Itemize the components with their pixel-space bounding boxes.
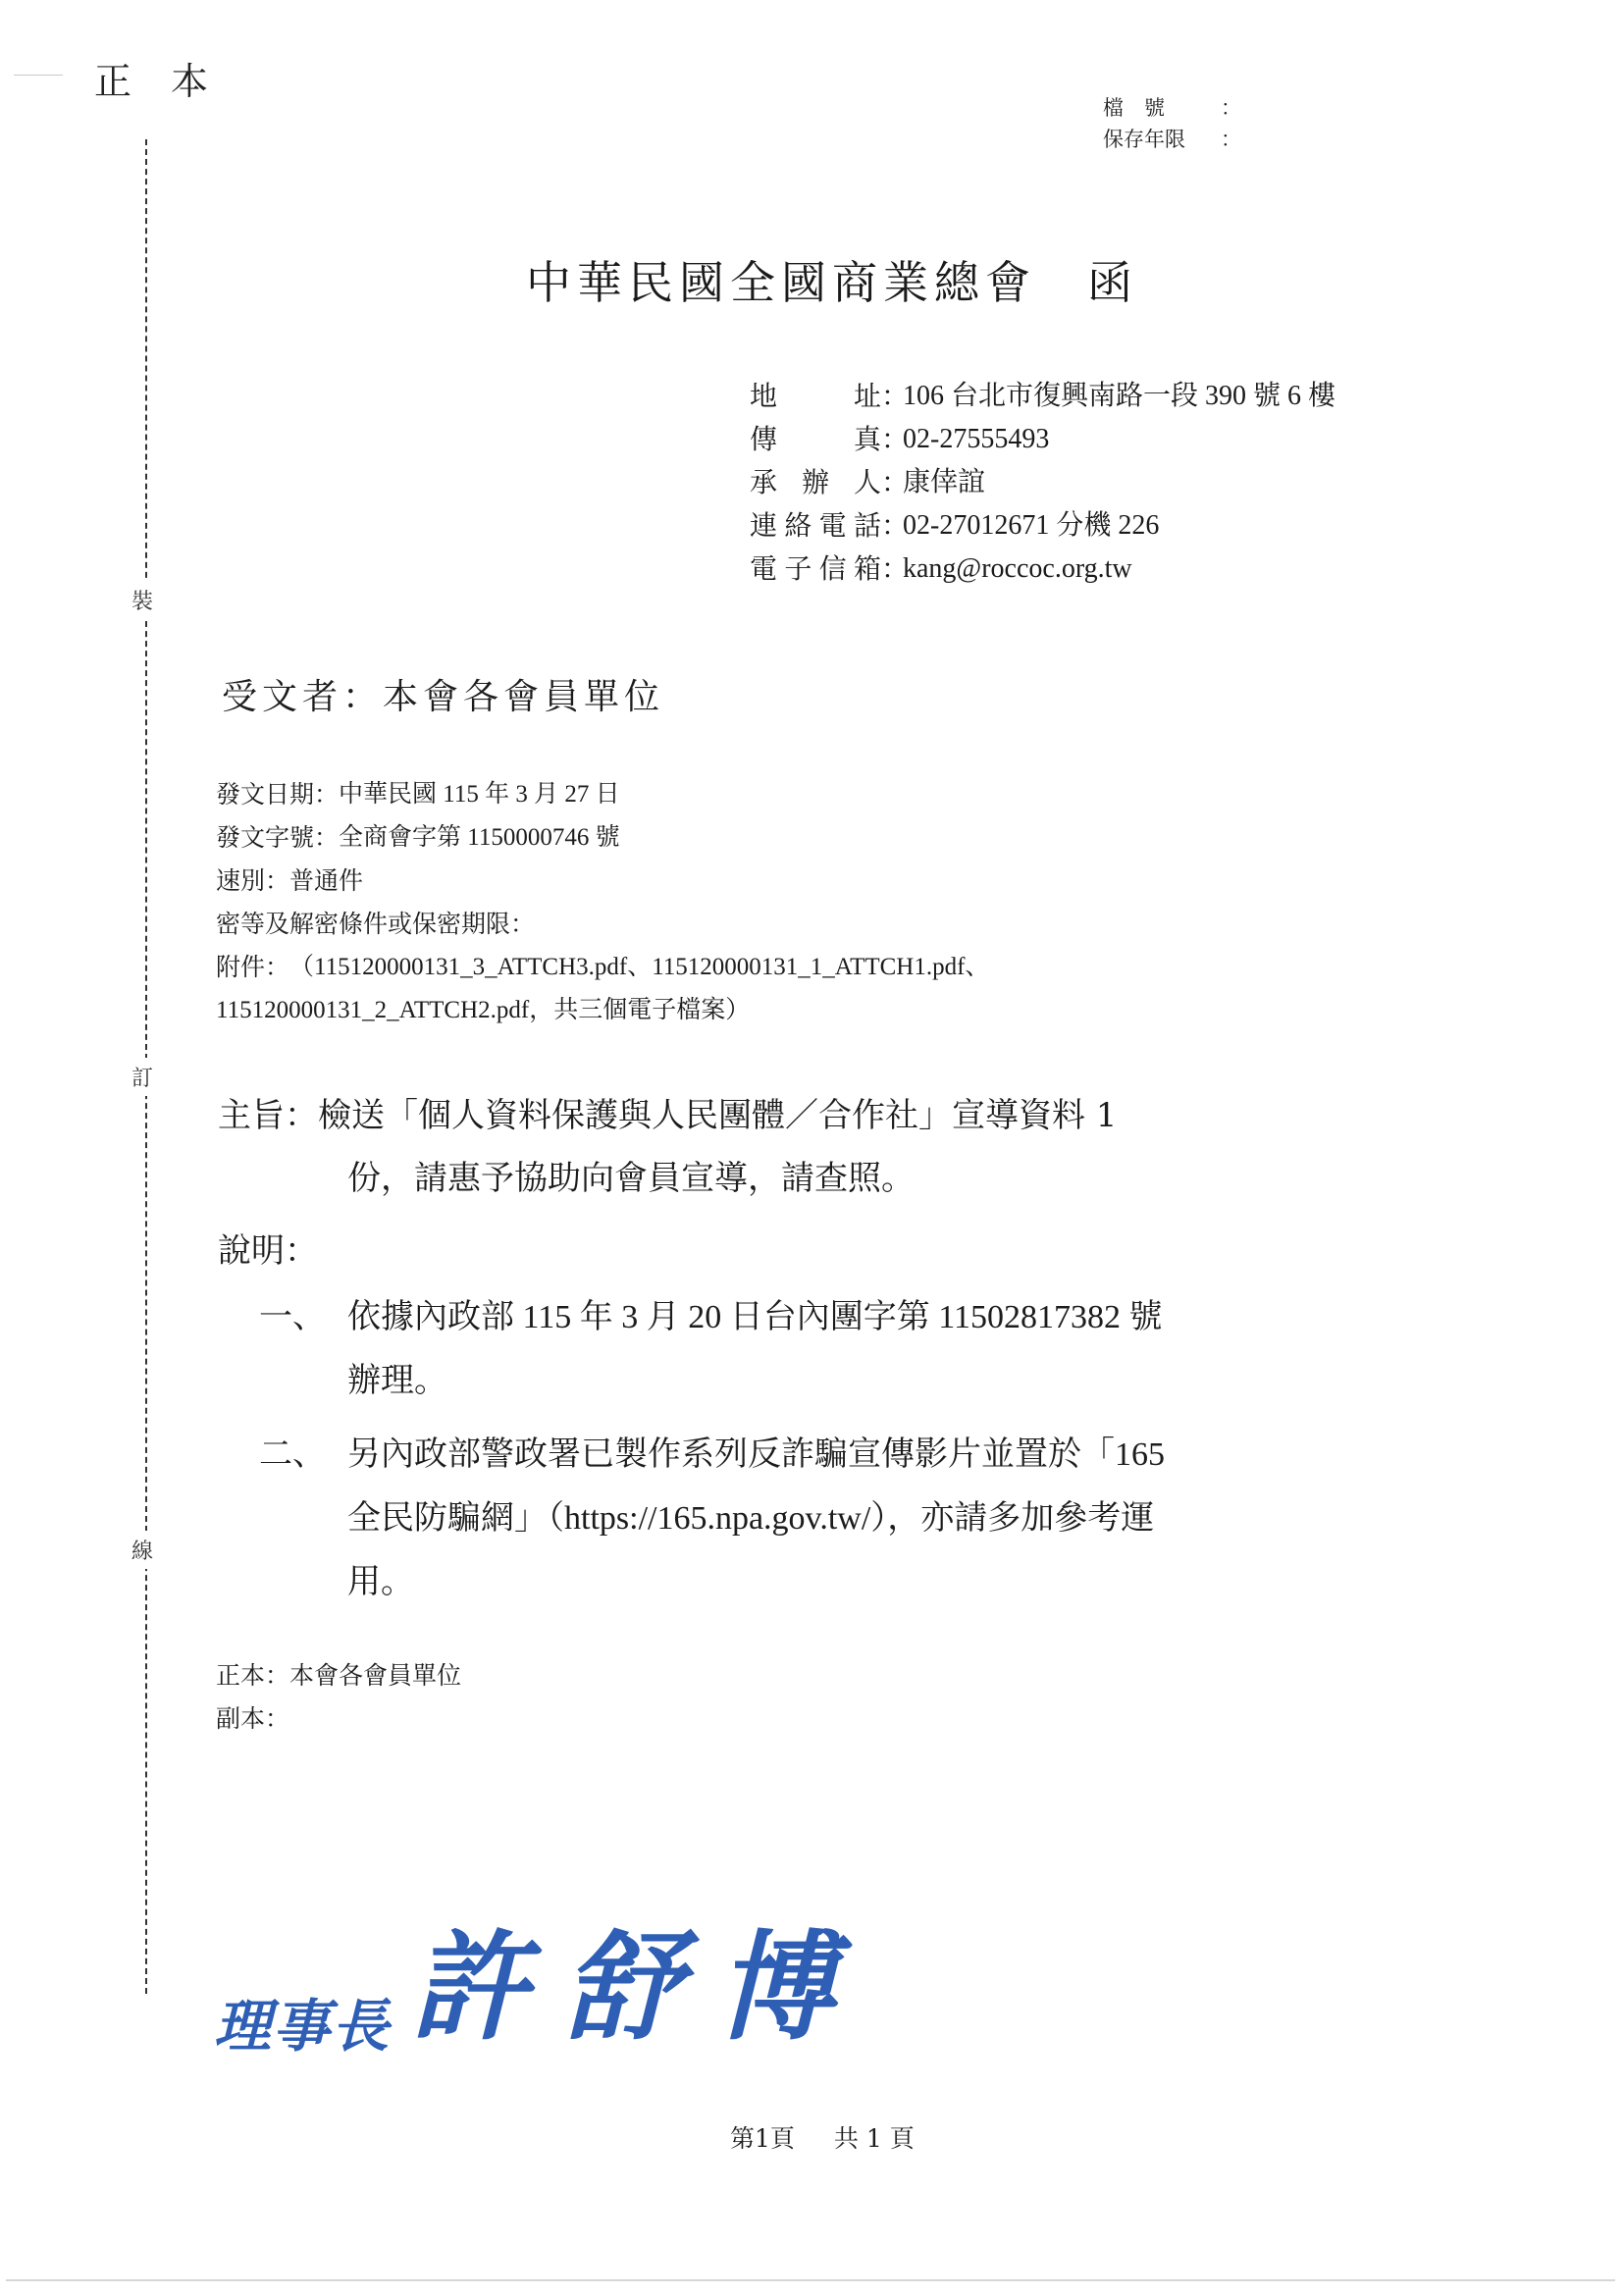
subject-section: 主旨：檢送「個人資料保護與人民團體／合作社」宣導資料 1 份，請惠予協助向會員宣… [218, 1084, 1117, 1210]
subject-line2: 份，請惠予協助向會員宣導，請查照。 [347, 1159, 915, 1198]
copy-type-stamp: 正本 [94, 51, 247, 105]
secrecy-row: 密等及解密條件或保密期限： [216, 903, 989, 946]
document-meta: 發文日期：中華民國 115 年 3 月 27 日 發文字號：全商會字第 1150… [216, 773, 989, 1032]
retention-label: 保存年限 [1103, 124, 1221, 155]
attachment-row-cont: 115120000131_2_ATTCH2.pdf，共三個電子檔案） [216, 989, 989, 1032]
original-recipients: 正本：本會各會員單位 [216, 1654, 461, 1697]
retention-row: 保存年限： [1103, 124, 1241, 155]
recipient-label: 受文者 [222, 677, 342, 717]
scan-edge-line [6, 2279, 1615, 2281]
contact-email: 電子信箱：kang@roccoc.org.tw [750, 548, 1335, 591]
file-number-label: 檔 號 [1103, 92, 1221, 124]
issue-date-row: 發文日期：中華民國 115 年 3 月 27 日 [216, 773, 989, 816]
contact-handler: 承辦人：康倖誼 [750, 461, 1335, 504]
speed-row: 速別：普通件 [216, 860, 989, 903]
attachment-list-line1[interactable]: （115120000131_3_ATTCH3.pdf、115120000131_… [289, 946, 989, 989]
issue-date-value: 中華民國 115 年 3 月 27 日 [339, 773, 620, 816]
page-indicator: 第1頁共 1 頁 [730, 2119, 954, 2155]
signature-title: 理事長 [214, 1993, 391, 2060]
phone-value: 02-27012671 分機 226 [903, 504, 1159, 548]
copy-recipients: 副本： [216, 1697, 461, 1741]
handler-value: 康倖誼 [903, 461, 985, 504]
email-value: kang@roccoc.org.tw [903, 548, 1132, 591]
reference-number-row: 發文字號：全商會字第 1150000746 號 [216, 816, 989, 860]
chairman-signature-stamp: 理事長許舒博 [214, 1894, 869, 2062]
reference-number-value: 全商會字第 1150000746 號 [339, 816, 620, 860]
contact-block: 地址：106 台北市復興南路一段 390 號 6 樓 傳真：02-2755549… [750, 375, 1335, 591]
recipient-value: 本會各會員單位 [383, 677, 664, 717]
binding-mark-staple: 訂 [131, 1058, 153, 1096]
subject-line1: 檢送「個人資料保護與人民團體／合作社」宣導資料 1 [318, 1096, 1117, 1135]
page-current: 第1頁 [730, 2124, 795, 2153]
anti-fraud-link-line[interactable]: 全民防騙網」（https://165.npa.gov.tw/），亦請多加參考運 [347, 1487, 1515, 1550]
attachment-list-line2[interactable]: 115120000131_2_ATTCH2.pdf，共三個電子檔案） [216, 989, 750, 1032]
attachment-row: 附件：（115120000131_3_ATTCH3.pdf、1151200001… [216, 946, 989, 989]
binding-mark-bind: 裝 [131, 581, 153, 619]
subject-label: 主旨 [218, 1096, 285, 1135]
contact-phone: 連絡電話：02-27012671 分機 226 [750, 504, 1335, 548]
distribution-block: 正本：本會各會員單位 副本： [216, 1654, 461, 1741]
explanation-heading: 說明： [218, 1224, 318, 1272]
contact-address: 地址：106 台北市復興南路一段 390 號 6 樓 [750, 375, 1335, 418]
recipient-line: 受文者：本會各會員單位 [222, 669, 664, 719]
address-value: 106 台北市復興南路一段 390 號 6 樓 [903, 375, 1335, 418]
item-number: 一、 [259, 1285, 347, 1413]
explanation-item-2: 二、 另內政部警政署已製作系列反詐騙宣傳影片並置於「165 全民防騙網」（htt… [259, 1423, 1515, 1614]
document-title: 中華民國全國商業總會函 [526, 247, 1138, 312]
organization-name: 中華民國全國商業總會 [526, 256, 1036, 309]
item-number: 二、 [259, 1423, 347, 1614]
document-kind: 函 [1087, 256, 1138, 309]
binding-mark-line: 線 [131, 1531, 153, 1569]
archive-info: 檔 號： 保存年限： [1103, 92, 1241, 155]
file-number-row: 檔 號： [1103, 92, 1241, 124]
speed-value: 普通件 [289, 860, 363, 903]
scan-artifact [14, 75, 63, 76]
explanation-list: 一、 依據內政部 115 年 3 月 20 日台內團字第 11502817382… [259, 1285, 1515, 1624]
explanation-item-1: 一、 依據內政部 115 年 3 月 20 日台內團字第 11502817382… [259, 1285, 1515, 1413]
signature-name: 許舒博 [410, 1918, 869, 2057]
fax-value: 02-27555493 [903, 418, 1049, 461]
page-total: 共 1 頁 [834, 2124, 915, 2153]
contact-fax: 傳真：02-27555493 [750, 418, 1335, 461]
